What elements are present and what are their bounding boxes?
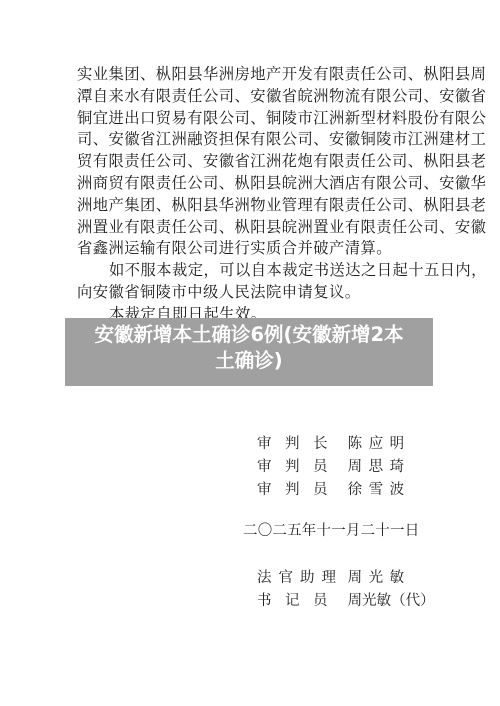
headline-banner: 安徽新增本土确诊6例(安徽新增2本 土确诊): [65, 318, 433, 386]
signature-judge-1: 审判员 周思琦: [257, 455, 411, 476]
signature-judge-2: 审判员 徐雪波: [257, 478, 411, 499]
signer-name: 周思琦: [348, 455, 411, 476]
body-line: 司、安徽省江洲融资担保有限公司、安徽铜陵市江洲建材工: [77, 129, 427, 151]
role-label: 法官助理: [257, 566, 343, 587]
body-line: 省鑫洲运输有限公司进行实质合并破产清算。: [77, 238, 427, 260]
headline-title-line-2: 土确诊): [65, 348, 433, 374]
body-line: 实业集团、枞阳县华洲房地产开发有限责任公司、枞阳县周: [77, 64, 427, 86]
body-line: 洲地产集团、枞阳县华洲物业管理有限责任公司、枞阳县老: [77, 195, 427, 217]
signature-presiding-judge: 审判长 陈应明: [257, 432, 411, 453]
signer-name: 周光敏: [348, 566, 411, 587]
signature-clerk: 书记员 周光敏（代）: [257, 589, 435, 610]
ruling-body: 实业集团、枞阳县华洲房地产开发有限责任公司、枞阳县周 潭自来水有限责任公司、安徽…: [77, 64, 427, 326]
appeal-line: 如不服本裁定，可以自本裁定书送达之日起十五日内，: [77, 260, 427, 282]
ruling-date: 二〇二五年十一月二十一日: [243, 519, 419, 540]
signer-name: 周光敏（代）: [348, 589, 435, 610]
appeal-line: 向安徽省铜陵市中级人民法院申请复议。: [77, 282, 427, 304]
body-line: 铜宜进出口贸易有限公司、铜陵市江洲新型材料股份有限公: [77, 108, 427, 130]
body-line: 洲置业有限责任公司、枞阳县皖洲置业有限责任公司、安徽: [77, 217, 427, 239]
signer-name: 徐雪波: [348, 478, 411, 499]
body-line: 贸有限责任公司、安徽省江洲花炮有限责任公司、枞阳县老: [77, 151, 427, 173]
role-label: 审判员: [257, 455, 343, 476]
body-line: 洲商贸有限责任公司、枞阳县皖洲大酒店有限公司、安徽华: [77, 173, 427, 195]
signature-judge-assistant: 法官助理 周光敏: [257, 566, 411, 587]
headline-title-line-1: 安徽新增本土确诊6例(安徽新增2本: [65, 322, 433, 348]
role-label: 书记员: [257, 589, 343, 610]
role-label: 审判长: [257, 432, 343, 453]
role-label: 审判员: [257, 478, 343, 499]
body-line: 潭自来水有限责任公司、安徽省皖洲物流有限公司、安徽省: [77, 86, 427, 108]
signer-name: 陈应明: [348, 432, 411, 453]
document-page: 实业集团、枞阳县华洲房地产开发有限责任公司、枞阳县周 潭自来水有限责任公司、安徽…: [0, 0, 500, 706]
